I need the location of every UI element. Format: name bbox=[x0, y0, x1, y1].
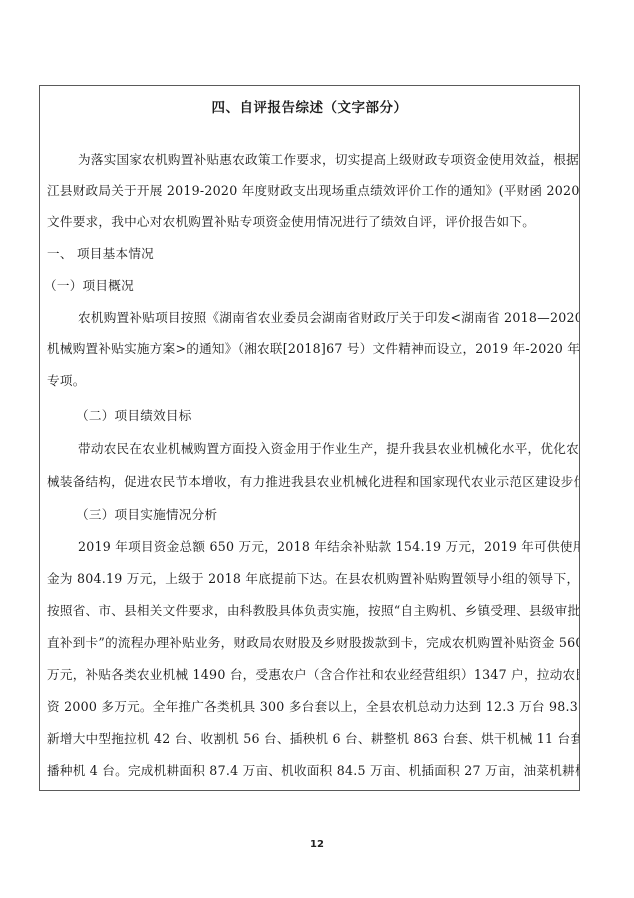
paragraph-line: 专项。 bbox=[47, 373, 573, 389]
paragraph-line: 金为 804.19 万元，上级于 2018 年底提前下达。在县农机购置补贴购置领… bbox=[47, 571, 573, 587]
paragraph-line: 文件要求，我中心对农机购置补贴专项资金使用情况进行了绩效自评，评价报告如下。 bbox=[47, 214, 573, 230]
report-box: 四、自评报告综述（文字部分） 为落实国家农机购置补贴惠农政策工作要求，切实提高上… bbox=[39, 85, 580, 791]
paragraph-line: 农机购置补贴项目按照《湖南省农业委员会湖南省财政厅关于印发<湖南省 2018—2… bbox=[78, 310, 573, 326]
heading-project-basic: 一、 项目基本情况 bbox=[47, 246, 573, 262]
paragraph-line: 江县财政局关于开展 2019-2020 年度财政支出现场重点绩效评价工作的通知》… bbox=[47, 183, 573, 199]
paragraph-line: 为落实国家农机购置补贴惠农政策工作要求，切实提高上级财政专项资金使用效益，根据《… bbox=[78, 152, 573, 168]
paragraph-line: 直补到卡”的流程办理补贴业务，财政局农财股及乡财股拨款到卡，完成农机购置补贴资金… bbox=[47, 635, 573, 651]
paragraph-line: 播种机 4 台。完成机耕面积 87.4 万亩、机收面积 84.5 万亩、机插面积… bbox=[47, 763, 573, 779]
paragraph-line: 械装备结构，促进农民节本增收，有力推进我县农业机械化进程和国家现代农业示范区建设… bbox=[47, 474, 573, 490]
paragraph-line: 资 2000 多万元。全年推广各类机具 300 多台套以上，全县农机总动力达到 … bbox=[47, 699, 573, 715]
paragraph-line: 2019 年项目资金总额 650 万元，2018 年结余补贴款 154.19 万… bbox=[78, 539, 573, 555]
paragraph-line: 新增大中型拖拉机 42 台、收割机 56 台、插秧机 6 台、耕整机 863 台… bbox=[47, 731, 573, 747]
paragraph-line: 带动农民在农业机械购置方面投入资金用于作业生产，提升我县农业机械化水平，优化农业… bbox=[78, 441, 573, 457]
section-title: 四、自评报告综述（文字部分） bbox=[40, 96, 579, 116]
paragraph-line: 机械购置补贴实施方案>的通知》（湘农联[2018]67 号）文件精神而设立，20… bbox=[47, 341, 573, 357]
page-number: 12 bbox=[0, 839, 634, 850]
heading-project-overview: （一）项目概况 bbox=[44, 278, 573, 294]
paragraph-line: 按照省、市、县相关文件要求，由科教股具体负责实施，按照“自主购机、乡镇受理、县级… bbox=[47, 603, 573, 619]
heading-implementation-analysis: （三）项目实施情况分析 bbox=[76, 507, 573, 523]
heading-performance-goals: （二）项目绩效目标 bbox=[76, 408, 573, 424]
paragraph-line: 万元，补贴各类农业机械 1490 台，受惠农户（含合作社和农业经营组织）1347… bbox=[47, 667, 573, 683]
